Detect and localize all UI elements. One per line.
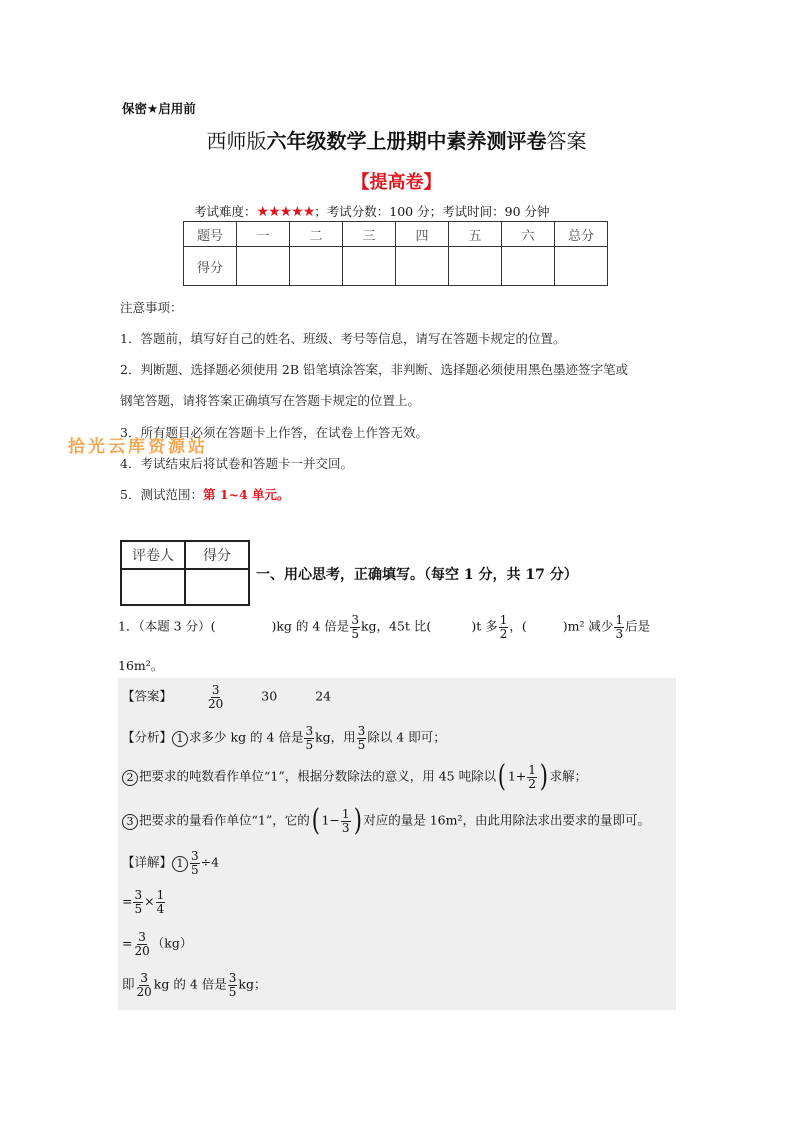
grader-input-row	[121, 569, 249, 605]
notes-heading: 注意事项：	[120, 298, 183, 316]
math-expr: =	[122, 894, 132, 909]
detail-text: kg；	[238, 977, 266, 992]
section-title: 一、用心思考，正确填写。（每空 1 分，共 17 分）	[256, 564, 578, 584]
difficulty-stars-icon: ★★★★★	[257, 204, 315, 220]
analysis-text: 把要求的吨数看作单位“1”，根据分数除法的意义，用 45 吨除以	[139, 769, 496, 784]
score-cell	[502, 247, 555, 286]
fraction: 13	[614, 614, 624, 640]
grader-header: 得分	[185, 541, 249, 569]
circled-number: 1	[172, 856, 188, 872]
fraction: 35	[350, 614, 360, 640]
q1-text: 后是	[625, 619, 650, 634]
detail-line-3: =320（kg）	[122, 931, 192, 957]
fraction: 320	[136, 972, 153, 998]
page-subtitle: 【提高卷】	[0, 168, 793, 194]
score-cell	[396, 247, 449, 286]
grader-score-cell	[185, 569, 249, 605]
score-cell	[449, 247, 502, 286]
score-table: 题号 一 二 三 四 五 六 总分 得分	[183, 221, 608, 286]
title-bold: 六年级数学上册期中素养测评卷	[267, 129, 547, 153]
fraction: 12	[499, 614, 509, 640]
fraction: 35	[304, 725, 314, 751]
test-range: 第 1~4 单元	[203, 487, 277, 502]
math-expr: 1−	[321, 813, 339, 828]
analysis-label: 【分析】	[122, 730, 172, 745]
detail-line-2: =35×14	[122, 889, 166, 915]
circled-number: 2	[122, 770, 138, 786]
fraction: 320	[133, 931, 150, 957]
score-table-header: 二	[290, 222, 343, 247]
q1-text: )kg 的 4 倍是	[271, 619, 349, 634]
fraction: 35	[190, 850, 200, 876]
detail-text: 即	[122, 977, 135, 992]
analysis-text: 把要求的量看作单位“1”，它的	[139, 813, 310, 828]
score-table-header: 五	[449, 222, 502, 247]
analysis-text: kg，用	[315, 730, 356, 745]
grader-table: 评卷人 得分	[120, 540, 250, 606]
fraction: 14	[156, 889, 166, 915]
answer-line: 【答案】3203024	[122, 684, 331, 710]
answer-2: 30	[261, 689, 277, 704]
detail-label: 【详解】	[122, 855, 172, 870]
title-prefix: 西师版	[207, 129, 267, 153]
detail-line-1: 【详解】135÷4	[122, 850, 219, 876]
circled-number: 3	[122, 814, 138, 830]
score-table-header: 六	[502, 222, 555, 247]
page-title: 西师版六年级数学上册期中素养测评卷答案	[0, 125, 793, 154]
note-item: 2．判断题、选择题必须使用 2B 铅笔填涂答案，非判断、选择题必须使用黑色墨迹签…	[120, 360, 628, 378]
score-table-header: 一	[237, 222, 290, 247]
q1-text: kg，45t 比(	[361, 619, 431, 634]
note-5-prefix: 5．测试范围：	[120, 487, 203, 502]
score-table-header: 三	[343, 222, 396, 247]
q1-text: 1．（本题 3 分）(	[118, 619, 215, 634]
score-table-header: 总分	[555, 222, 608, 247]
fraction: 35	[357, 725, 367, 751]
watermark: 拾光云库资源站	[68, 432, 208, 457]
note-item: 5．测试范围：第 1~4 单元。	[120, 485, 290, 503]
math-expr: ×	[144, 894, 154, 909]
analysis-text: 除以 4 即可；	[367, 730, 445, 745]
analysis-text: 求多少 kg 的 4 倍是	[189, 730, 303, 745]
detail-text: kg 的 4 倍是	[154, 977, 227, 992]
math-expr: ÷4	[201, 855, 219, 870]
q1-text: )t 多	[471, 619, 497, 634]
title-suffix: 答案	[547, 129, 587, 153]
answer-3: 24	[315, 689, 331, 704]
score-table-header-row: 题号 一 二 三 四 五 六 总分	[184, 222, 608, 247]
score-cell	[290, 247, 343, 286]
detail-line-4: 即320kg 的 4 倍是35kg；	[122, 972, 266, 998]
analysis-line-1: 【分析】1求多少 kg 的 4 倍是35kg，用35除以 4 即可；	[122, 725, 446, 751]
grader-cell	[121, 569, 185, 605]
question-1-line-2: 16m²。	[118, 656, 163, 674]
fraction: 35	[133, 889, 143, 915]
confidential-label: 保密★启用前	[122, 99, 196, 117]
score-table-header: 四	[396, 222, 449, 247]
math-expr: =	[122, 936, 132, 951]
fraction: 13	[341, 808, 351, 834]
question-1: 1．（本题 3 分）()kg 的 4 倍是35kg，45t 比()t 多12，(…	[118, 614, 650, 640]
fraction: 35	[228, 972, 238, 998]
exam-meta: 考试难度：★★★★★；考试分数：100 分；考试时间：90 分钟	[194, 202, 550, 220]
q1-text: ，(	[509, 619, 526, 634]
analysis-text: 对应的量是 16m²，由此用除法求出要求的量即可。	[363, 813, 650, 828]
circled-number: 1	[172, 731, 188, 747]
fraction: 12	[527, 764, 537, 790]
note-item: 钢笔答题，请将答案正确填写在答题卡规定的位置上。	[120, 391, 420, 409]
note-5-suffix: 。	[277, 487, 290, 502]
score-table-score-row: 得分	[184, 247, 608, 286]
score-info: ；考试分数：100 分；考试时间：90 分钟	[314, 204, 549, 219]
analysis-line-2: 2把要求的吨数看作单位“1”，根据分数除法的意义，用 45 吨除以(1+12)求…	[122, 762, 587, 792]
analysis-text: 求解；	[550, 769, 588, 784]
math-expr: 1+	[508, 769, 526, 784]
score-cell	[237, 247, 290, 286]
unit-label: （kg）	[152, 936, 193, 951]
score-table-header: 题号	[184, 222, 237, 247]
answer-1: 320	[207, 684, 224, 710]
grader-header: 评卷人	[121, 541, 185, 569]
score-cell	[555, 247, 608, 286]
score-row-label: 得分	[184, 247, 237, 286]
answer-label: 【答案】	[122, 689, 172, 704]
grader-header-row: 评卷人 得分	[121, 541, 249, 569]
note-item: 1．答题前，填写好自己的姓名、班级、考号等信息，请写在答题卡规定的位置。	[120, 329, 565, 347]
q1-text: )m² 减少	[563, 619, 614, 634]
difficulty-label: 考试难度：	[194, 204, 257, 219]
analysis-line-3: 3把要求的量看作单位“1”，它的(1−13)对应的量是 16m²，由此用除法求出…	[122, 806, 650, 836]
score-cell	[343, 247, 396, 286]
